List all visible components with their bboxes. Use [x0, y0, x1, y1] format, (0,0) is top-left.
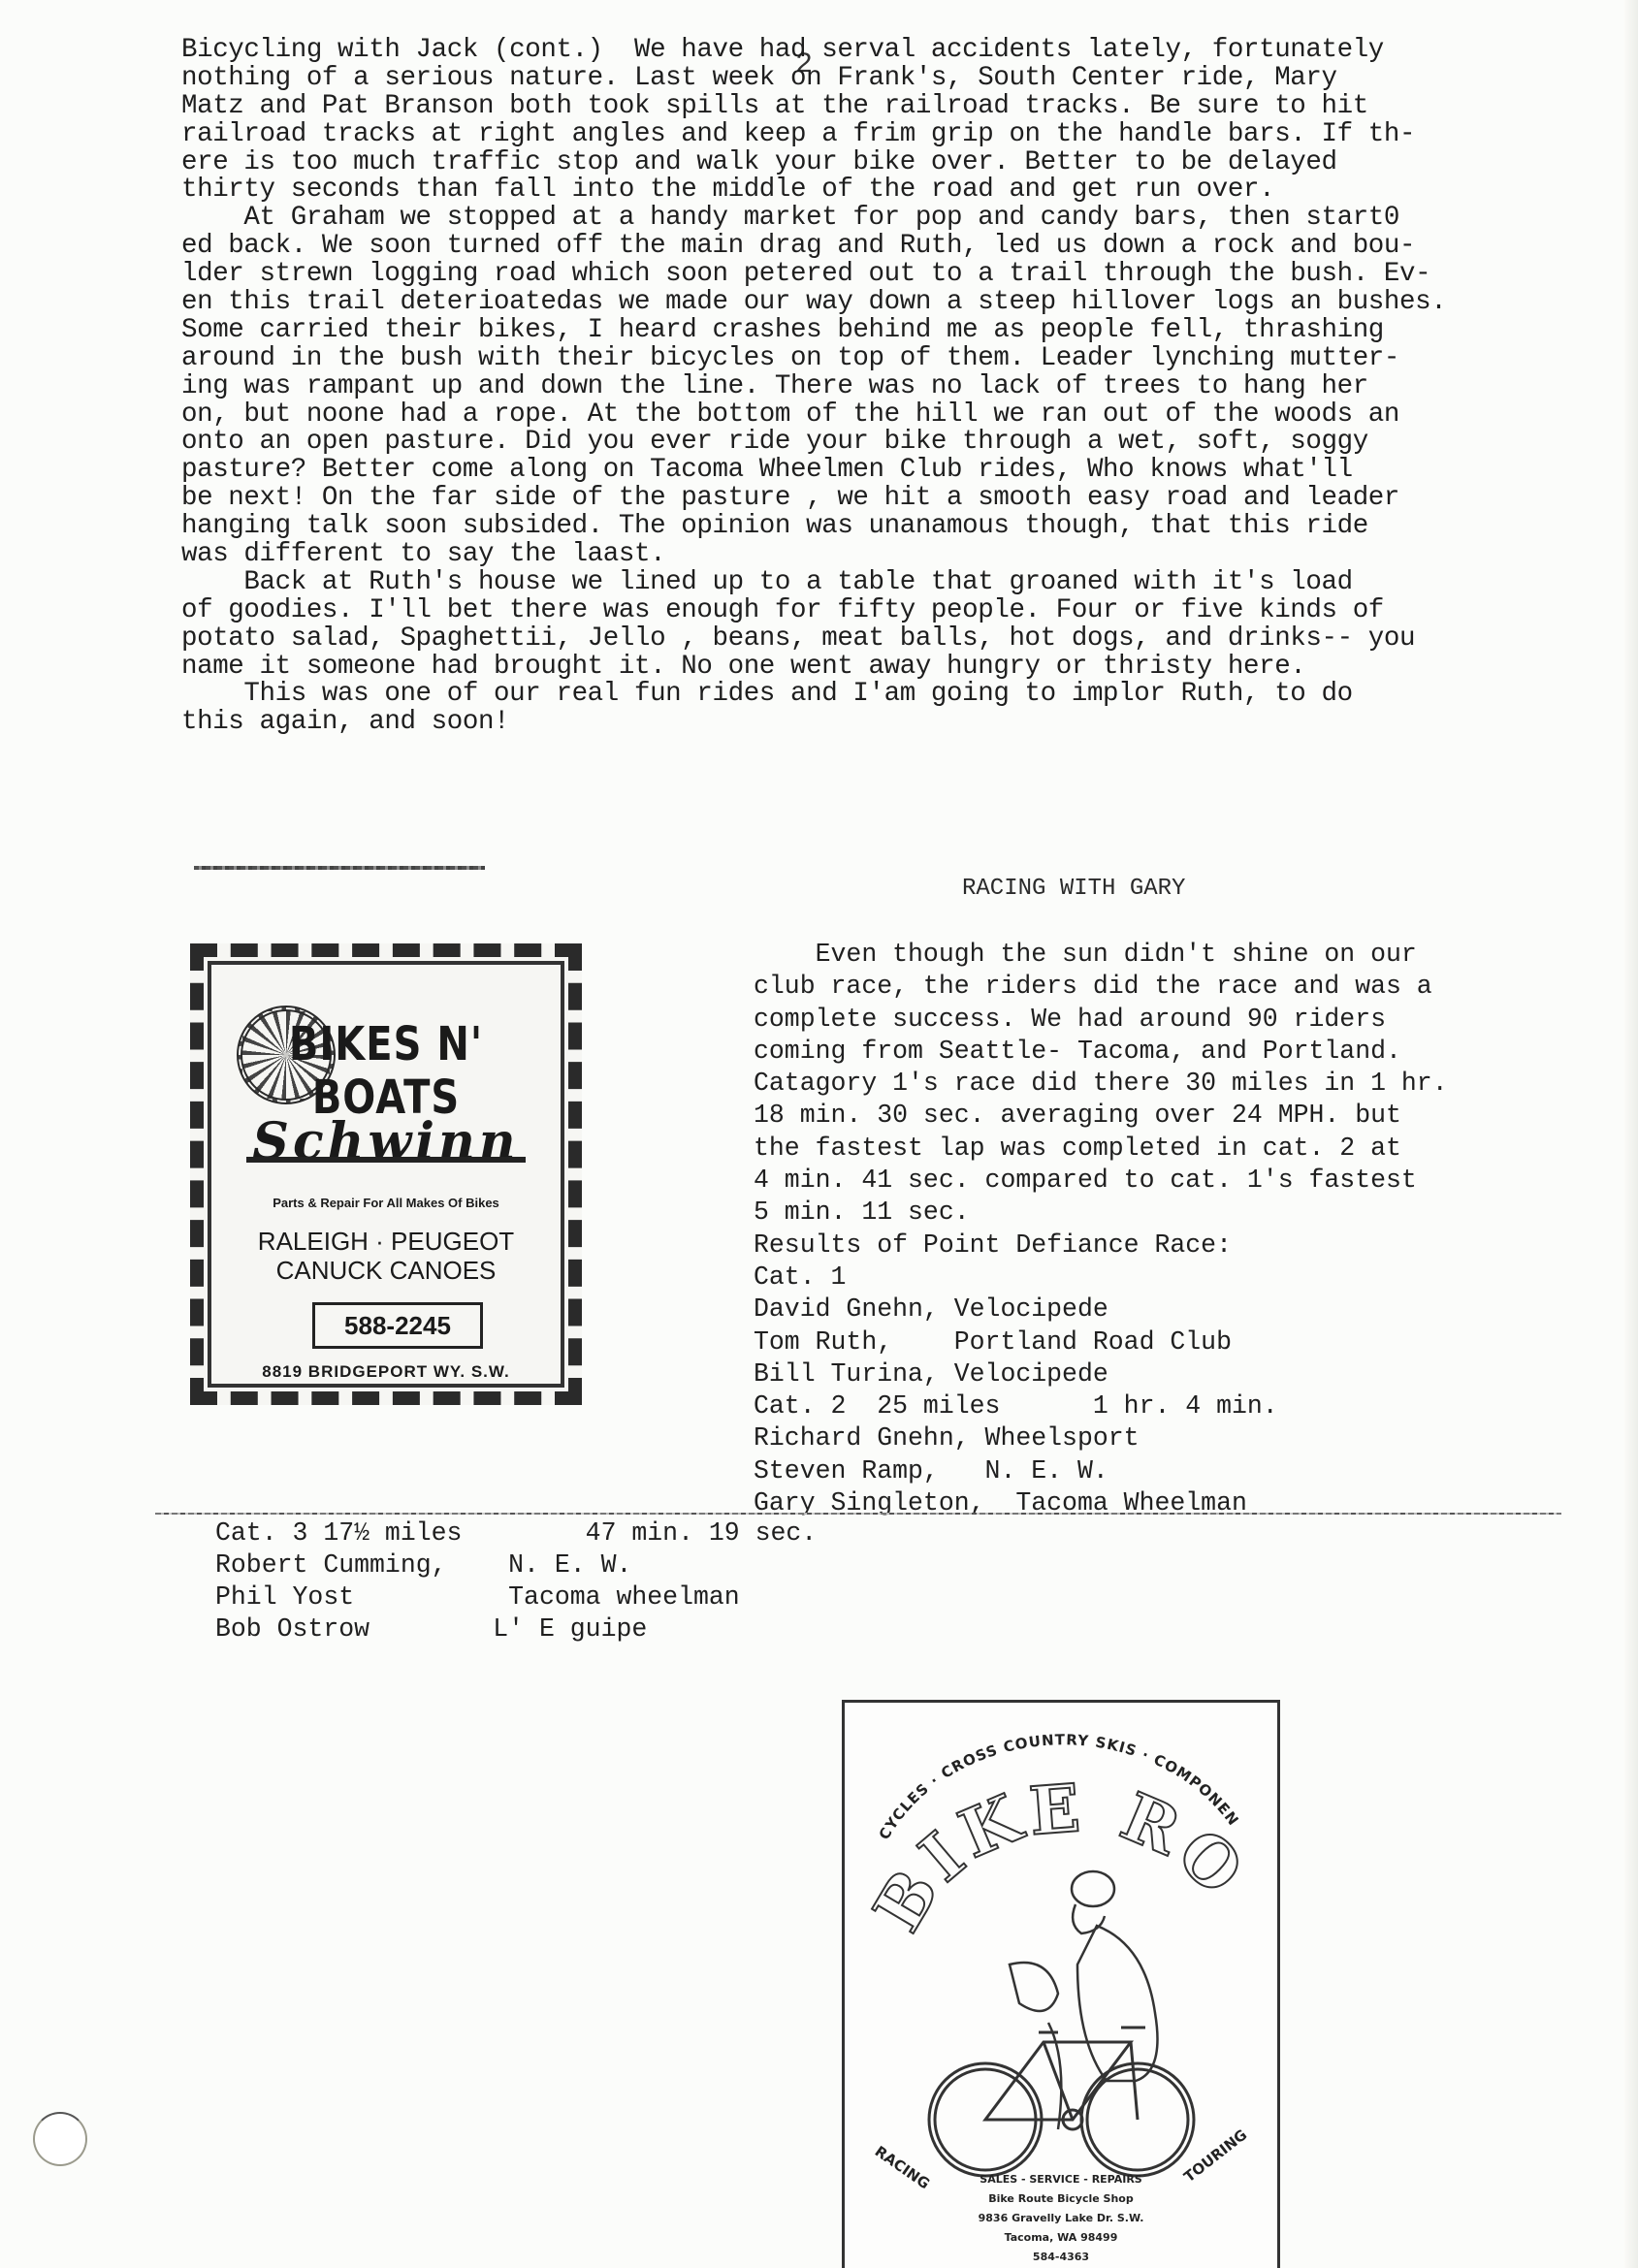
- text-line: en this trail deterioatedas we made our …: [181, 289, 1471, 317]
- text-line: Bob Ostrow L' E guipe: [215, 1613, 817, 1645]
- text-line: the fastest lap was completed in cat. 2 …: [754, 1133, 1491, 1165]
- text-line: At Graham we stopped at a handy market f…: [181, 205, 1471, 233]
- text-line: Tom Ruth, Portland Road Club: [754, 1326, 1491, 1358]
- text-line: nothing of a serious nature. Last week o…: [181, 65, 1471, 93]
- ad-parts-text: Parts & Repair For All Makes Of Bikes: [223, 1196, 549, 1210]
- ad-brands-line1: RALEIGH · PEUGEOT: [223, 1227, 549, 1256]
- text-line: Richard Gnehn, Wheelsport: [754, 1422, 1491, 1454]
- text-line: lder strewn logging road which soon pete…: [181, 261, 1471, 289]
- text-line: Bill Turina, Velocipede: [754, 1358, 1491, 1390]
- racing-heading: RACING WITH GARY: [962, 876, 1185, 902]
- text-line: David Gnehn, Velocipede: [754, 1294, 1491, 1326]
- text-line: this again, and soon!: [181, 709, 1471, 737]
- text-line: hanging talk soon subsided. The opinion …: [181, 513, 1471, 541]
- ad-city: Tacoma, WA 98499: [845, 2228, 1277, 2248]
- section-divider: [155, 1513, 1561, 1515]
- ad-phone: 588-2245: [312, 1302, 483, 1349]
- cat3-results: Cat. 3 17½ miles 47 min. 19 sec.Robert C…: [215, 1517, 817, 1645]
- text-line: Matz and Pat Branson both took spills at…: [181, 93, 1471, 121]
- racing-with-gary-article: Even though the sun didn't shine on ourc…: [754, 939, 1491, 1519]
- text-line: Bicycling with Jack (cont.) We have had …: [181, 37, 1471, 65]
- ad-brand: BIKES N' BOATS: [223, 1018, 549, 1125]
- text-line: Cat. 2 25 miles 1 hr. 4 min.: [754, 1390, 1491, 1422]
- ad-phone: 584-4363: [845, 2248, 1277, 2267]
- text-line: Catagory 1's race did there 30 miles in …: [754, 1068, 1491, 1100]
- text-line: Even though the sun didn't shine on our: [754, 939, 1491, 971]
- text-line: Some carried their bikes, I heard crashe…: [181, 317, 1471, 345]
- text-line: name it someone had brought it. No one w…: [181, 654, 1471, 682]
- text-line: Gary Singleton, Tacoma Wheelman: [754, 1487, 1491, 1519]
- ad-brands: RALEIGH · PEUGEOT CANUCK CANOES: [223, 1227, 549, 1285]
- ad-footer: SALES - SERVICE - REPAIRS Bike Route Bic…: [845, 2170, 1277, 2267]
- text-line: 4 min. 41 sec. compared to cat. 1's fast…: [754, 1165, 1491, 1197]
- text-line: Steven Ramp, N. E. W.: [754, 1455, 1491, 1487]
- text-line: of goodies. I'll bet there was enough fo…: [181, 597, 1471, 625]
- text-line: ing was rampant up and down the line. Th…: [181, 373, 1471, 401]
- text-line: be next! On the far side of the pasture …: [181, 485, 1471, 513]
- text-line: around in the bush with their bicycles o…: [181, 345, 1471, 373]
- bike-route-ad: CYCLES · CROSS COUNTRY SKIS · COMPONENTS…: [842, 1700, 1280, 2268]
- ad-shop-name: Bike Route Bicycle Shop: [845, 2189, 1277, 2209]
- article-bicycling-with-jack: Bicycling with Jack (cont.) We have had …: [181, 37, 1471, 737]
- ad-street: 9836 Gravelly Lake Dr. S.W.: [845, 2209, 1277, 2228]
- text-line: on, but noone had a rope. At the bottom …: [181, 401, 1471, 430]
- text-line: onto an open pasture. Did you ever ride …: [181, 429, 1471, 457]
- ad-services: SALES - SERVICE - REPAIRS: [845, 2170, 1277, 2189]
- text-line: potato salad, Spaghettii, Jello , beans,…: [181, 625, 1471, 654]
- ad-divider: [194, 866, 485, 870]
- text-line: thirty seconds than fall into the middle…: [181, 176, 1471, 205]
- text-line: Cat. 1: [754, 1262, 1491, 1294]
- text-line: ed back. We soon turned off the main dra…: [181, 233, 1471, 261]
- logo-underline: [246, 1157, 526, 1163]
- punch-hole: [33, 2112, 87, 2166]
- text-line: 5 min. 11 sec.: [754, 1197, 1491, 1229]
- text-line: pasture? Better come along on Tacoma Whe…: [181, 457, 1471, 485]
- text-line: club race, the riders did the race and w…: [754, 971, 1491, 1003]
- ad-brands-line2: CANUCK CANOES: [223, 1256, 549, 1285]
- text-line: This was one of our real fun rides and I…: [181, 681, 1471, 709]
- text-line: coming from Seattle- Tacoma, and Portlan…: [754, 1036, 1491, 1068]
- text-line: Cat. 3 17½ miles 47 min. 19 sec.: [215, 1517, 817, 1549]
- text-line: Phil Yost Tacoma wheelman: [215, 1581, 817, 1613]
- text-line: 18 min. 30 sec. averaging over 24 MPH. b…: [754, 1100, 1491, 1132]
- text-line: was different to say the laast.: [181, 541, 1471, 569]
- text-line: Robert Cumming, N. E. W.: [215, 1549, 817, 1581]
- text-line: Back at Ruth's house we lined up to a ta…: [181, 569, 1471, 597]
- page-edge: [1624, 0, 1638, 2268]
- text-line: ere is too much traffic stop and walk yo…: [181, 149, 1471, 177]
- ad-address: 8819 BRIDGEPORT WY. S.W.: [223, 1362, 549, 1382]
- text-line: Results of Point Defiance Race:: [754, 1230, 1491, 1262]
- bikes-n-boats-ad: BIKES N' BOATS Schwinn Parts & Repair Fo…: [190, 943, 582, 1405]
- text-line: railroad tracks at right angles and keep…: [181, 121, 1471, 149]
- text-line: complete success. We had around 90 rider…: [754, 1004, 1491, 1036]
